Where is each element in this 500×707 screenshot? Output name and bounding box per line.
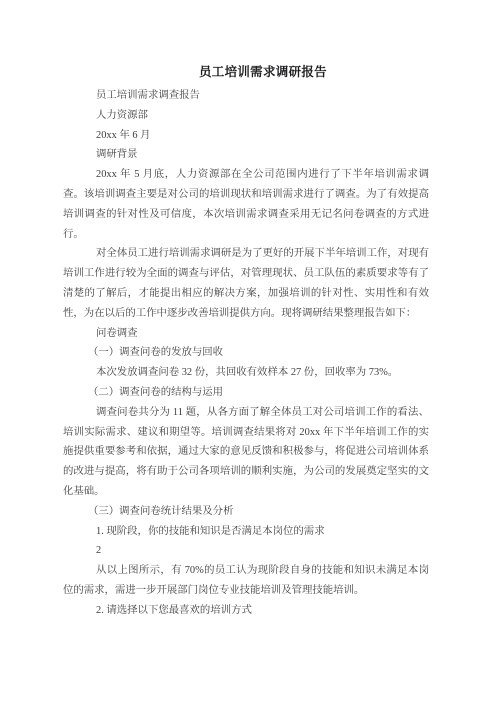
doc-paragraph-department: 人力资源部 [63, 106, 429, 126]
doc-paragraph-section-1-body: 本次发放调查问卷 32 份，共回收有效样本 27 份，回收率为 73%。 [63, 363, 429, 383]
doc-paragraph-questionnaire-heading: 问卷调查 [63, 324, 429, 344]
document-title: 员工培训需求调研报告 [97, 62, 429, 82]
doc-paragraph-survey-report-line: 员工培训需求调查报告 [63, 86, 429, 106]
doc-paragraph-date: 20xx 年 6 月 [63, 126, 429, 146]
doc-paragraph-figure-placeholder: 2 [63, 541, 429, 561]
doc-paragraph-question-2: 2. 请选择以下您最喜欢的培训方式 [63, 601, 429, 621]
doc-paragraph-section-2-heading: （二）调查问卷的结构与运用 [63, 383, 429, 403]
document-page: 员工培训需求调研报告 员工培训需求调查报告 人力资源部 20xx 年 6 月 调… [0, 0, 500, 707]
doc-paragraph-section-2-body: 调查问卷共分为 11 题，从各方面了解全体员工对公司培训工作的看法、培训实际需求… [63, 403, 429, 502]
doc-paragraph-background-heading: 调研背景 [63, 145, 429, 165]
doc-paragraph-question-1: 1. 现阶段，你的技能和知识是否满足本岗位的需求 [63, 522, 429, 542]
doc-paragraph-section-3-heading: （三）调查问卷统计结果及分析 [63, 502, 429, 522]
doc-paragraph-question-1-analysis: 从以上图所示，有 70%的员工认为现阶段自身的技能和知识未满足本岗位的需求，需进… [63, 561, 429, 601]
doc-paragraph-background-1: 20xx 年 5 月底，人力资源部在全公司范围内进行了下半年培训需求调查。该培训… [63, 165, 429, 244]
doc-paragraph-background-2: 对全体员工进行培训需求调研是为了更好的开展下半年培训工作，对现有培训工作进行较为… [63, 244, 429, 323]
document-body: 员工培训需求调查报告 人力资源部 20xx 年 6 月 调研背景 20xx 年 … [63, 86, 429, 621]
doc-paragraph-section-1-heading: （一）调查问卷的发放与回收 [63, 343, 429, 363]
